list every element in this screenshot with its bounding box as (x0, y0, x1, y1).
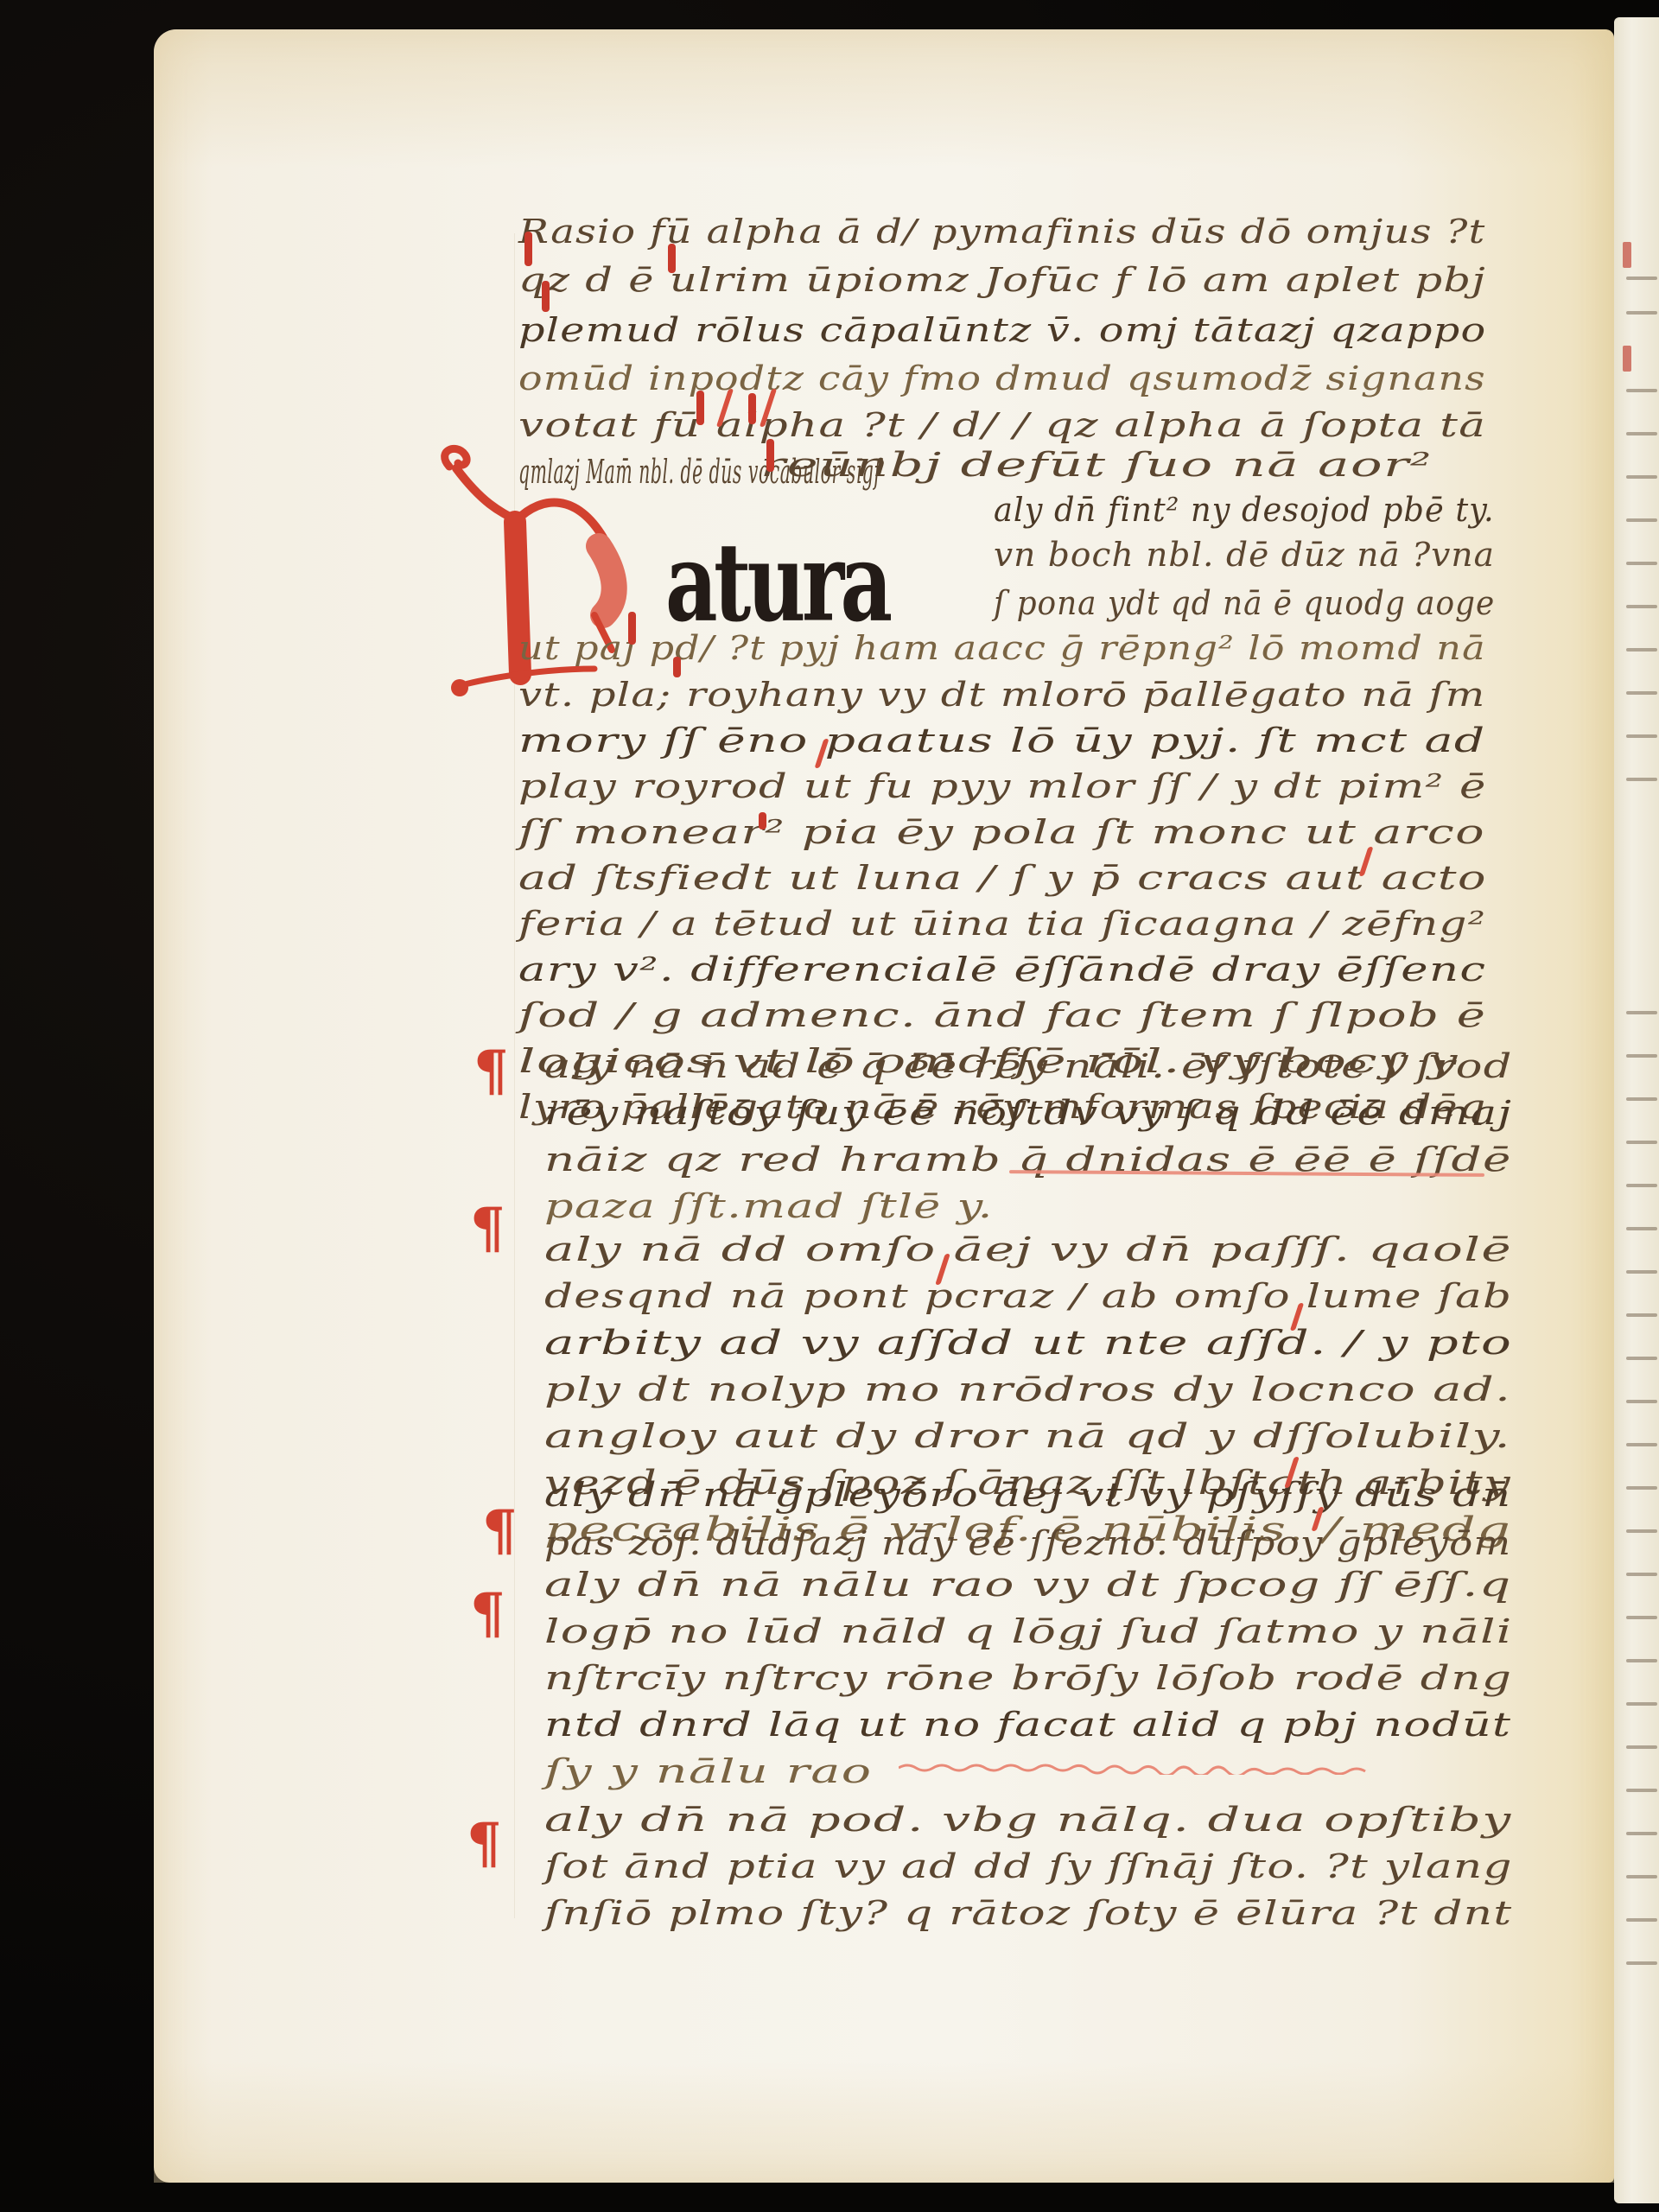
adjacent-rubric-mark (1623, 242, 1631, 268)
text-line: aly nā n̄ ad ē q̄ ēē rēy nāli. ēſ ſſtote… (544, 1047, 1513, 1085)
text-line: ſnſiō plmo ſty? q rātoz ſoty ē ēlūra ?t … (544, 1894, 1512, 1932)
adjacent-text-stroke (1626, 276, 1657, 280)
adjacent-text-stroke (1626, 1529, 1657, 1533)
rubric-stroke (673, 657, 681, 677)
text-line: ntd dnrd lāq ut no facat alid q pbj nodū… (544, 1706, 1511, 1744)
text-line: feria / a tētud ut ūina tia ſicaagna / z… (518, 905, 1486, 943)
adjacent-text-stroke (1626, 1961, 1657, 1965)
adjacent-text-stroke (1626, 518, 1657, 522)
rubric-heading-word: atura (665, 518, 888, 646)
adjacent-text-stroke (1626, 432, 1657, 435)
adjacent-page-edge (1614, 17, 1659, 2203)
adjacent-text-stroke (1626, 1616, 1657, 1619)
adjacent-text-stroke (1626, 734, 1657, 738)
adjacent-text-stroke (1626, 562, 1657, 565)
text-line: ſ pona ydt qd nā ē quodg aoge (994, 584, 1495, 622)
text-line: plemud rōlus cāpalūntz v̄. omj tātazj qz… (518, 311, 1486, 349)
rubric-stroke (668, 244, 676, 273)
text-line: ſſ monear² pia ēy pola ſt monc ut arco (518, 813, 1485, 851)
red-wavy-underline (899, 1763, 1382, 1775)
text-line: vt. pla; royhany vy dt mlorō p̄allēgato … (518, 676, 1485, 714)
text-line: votat fū alpha ?t / d/ / qz alpha ā ſopt… (518, 406, 1486, 444)
adjacent-text-stroke (1626, 1313, 1657, 1317)
text-line: qz d ē ulrim ūpiomz Jofūc f lō am aplet … (518, 261, 1486, 299)
text-line: omūd inpodtz cāy fmo dmud qsumodz̄ signa… (518, 359, 1486, 397)
adjacent-text-stroke (1626, 1875, 1657, 1878)
text-line: aly nā dd omſo āej vy dn̄ paſſſ. qaolē (544, 1230, 1512, 1268)
adjacent-text-stroke (1626, 1141, 1657, 1144)
adjacent-text-stroke (1626, 648, 1657, 652)
adjacent-text-stroke (1626, 1745, 1657, 1749)
rubric-stroke (524, 232, 532, 266)
text-line: ſod / g admenc. ānd fac ſtem ſ ſlpob ē (518, 996, 1486, 1034)
paragraph-mark: ¶ (470, 1586, 505, 1642)
paragraph-mark: ¶ (470, 1201, 505, 1256)
adjacent-text-stroke (1626, 1097, 1657, 1101)
text-line: vn boch nbl. dē dūz nā ?vna (994, 536, 1495, 574)
adjacent-text-stroke (1626, 605, 1657, 608)
adjacent-text-stroke (1626, 1270, 1657, 1274)
adjacent-text-stroke (1626, 1227, 1657, 1230)
text-line: Rasio fū alpha ā d/ pymafinis dūs dō omj… (518, 213, 1485, 251)
rubric-stroke (759, 812, 766, 829)
text-line: ſy y nālu rao (544, 1752, 873, 1790)
text-line: ut paj pd/ ?t pyj ham aacc ḡ rēpng² lō m… (518, 629, 1486, 667)
text-line: paza ſſt.mad ſtlē y. (544, 1187, 994, 1225)
rubric-stroke (628, 612, 636, 645)
paragraph-mark: ¶ (474, 1044, 509, 1099)
adjacent-text-stroke (1626, 1357, 1657, 1360)
adjacent-text-stroke (1626, 1659, 1657, 1662)
text-line: pas zōf. dūdſazj nāy ēē ſſezno. dūſpoy ḡ… (544, 1524, 1511, 1562)
text-line: aly dn̄ nā pod. vbg nālq. dua opſtiby (544, 1801, 1512, 1839)
text-line: ſot ānd ptia vy ad dd ſy ſſnāj ſto. ?t y… (544, 1847, 1513, 1885)
text-line: angloy aut dy dror nā qd y dſſolubily. (544, 1417, 1511, 1455)
text-line: mory ſſ ēno paatus lō ūy pyj. ſt mct ad (518, 721, 1486, 760)
adjacent-rubric-mark (1623, 346, 1631, 372)
rubric-stroke (766, 439, 774, 472)
adjacent-text-stroke (1626, 1918, 1657, 1922)
adjacent-text-stroke (1626, 389, 1657, 392)
text-line: play royrod ut fu pyy mlor ſſ / y dt pim… (518, 767, 1487, 805)
text-line: aly dn̄ nā nālu rao vy dt ſpcog ſſ ēſſ.q (544, 1566, 1512, 1604)
adjacent-text-stroke (1626, 475, 1657, 479)
adjacent-text-stroke (1626, 1789, 1657, 1792)
text-line: nſtrcīy nſtrcy rōne brōſy lōſob rodē dng (544, 1659, 1512, 1697)
adjacent-text-stroke (1626, 1443, 1657, 1446)
text-line: ad ſtsfiedt ut luna / ſ y p̄ cracs aut a… (518, 859, 1487, 897)
adjacent-text-stroke (1626, 1832, 1657, 1835)
adjacent-text-stroke (1626, 1573, 1657, 1576)
text-line: logp̄ no lūd nāld q lōgj ſud ſatmo y nāl… (544, 1612, 1513, 1650)
adjacent-text-stroke (1626, 778, 1657, 781)
text-line: aly dn̄ nā ḡpleyōro āej vt vy pſyſſy dūs… (544, 1476, 1511, 1514)
text-line: ply dt nolyp mo nrōdros dy locnco ad. (544, 1370, 1511, 1408)
adjacent-text-stroke (1626, 1011, 1657, 1014)
paragraph-mark: ¶ (467, 1816, 502, 1872)
text-line: desqnd nā pont pcraz / ab omſo lume ſab (544, 1277, 1512, 1315)
text-line: reūnbj defūt ſuo nā aor² (760, 446, 1433, 484)
rubric-stroke (696, 391, 704, 425)
text-line: ary v². differencialē ēſſāndē dray ēſſen… (518, 950, 1486, 988)
text-line: rēy naſtōy ſuy ēē nōſtdv vy ſ q dd ēē dm… (544, 1094, 1512, 1132)
paragraph-mark: ¶ (482, 1503, 518, 1559)
adjacent-text-stroke (1626, 1702, 1657, 1706)
adjacent-text-stroke (1626, 1486, 1657, 1490)
text-line: aly dn̄ fint² ny desojod pbē ty. (994, 491, 1495, 529)
adjacent-text-stroke (1626, 1400, 1657, 1403)
text-line: arbity ad vy aſſdd ut nte aſſd. / y pto (544, 1324, 1512, 1362)
rubric-stroke (748, 393, 756, 424)
adjacent-text-stroke (1626, 691, 1657, 695)
rubric-stroke (542, 281, 550, 312)
adjacent-text-stroke (1626, 1184, 1657, 1187)
adjacent-text-stroke (1626, 311, 1657, 315)
adjacent-text-stroke (1626, 1054, 1657, 1058)
